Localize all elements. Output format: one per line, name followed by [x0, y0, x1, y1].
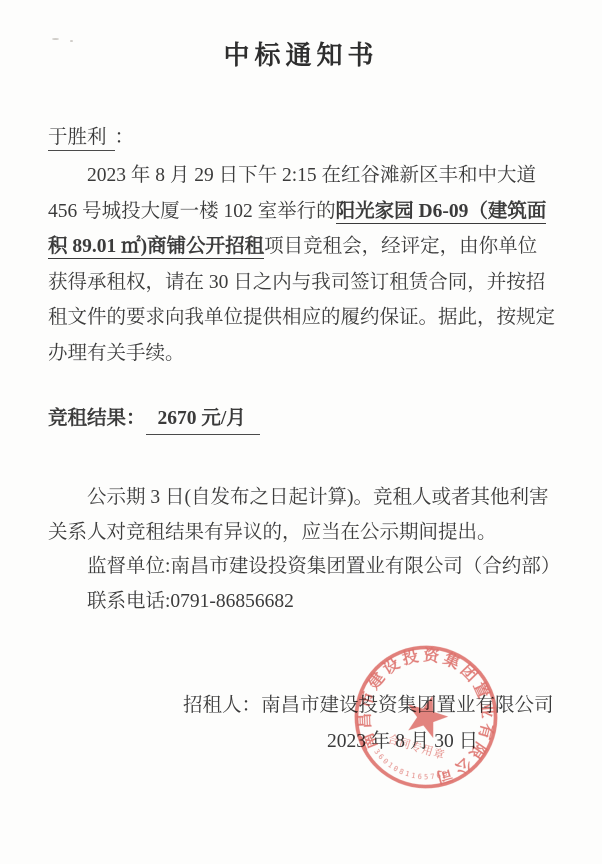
salutation-line: 于胜利：: [48, 124, 558, 151]
text-line: 监督单位:南昌市建设投资集团置业有限公司（合约部）: [48, 550, 566, 585]
text-segment: 公示期 3 日(自发布之日起计算)。竞租人或者其他利害: [87, 487, 549, 508]
bid-result-line: 竞租结果：2670 元/月: [48, 405, 558, 435]
emphasized-underlined-text: 积 89.01 ㎡)商铺公开招租: [48, 236, 264, 259]
text-segment: 办理有关手续。: [48, 343, 185, 364]
text-segment: 租文件的要求向我单位提供相应的履约保证。据此，按规定: [48, 307, 555, 328]
text-line: 租文件的要求向我单位提供相应的履约保证。据此，按规定: [48, 300, 566, 336]
text-segment: 项目竞租会，经评定，由你单位: [264, 236, 537, 257]
emphasized-underlined-text: 阳光家园 D6-09（建筑面: [336, 201, 547, 224]
text-segment: 关系人对竞租结果有异议的，应当在公示期间提出。: [48, 522, 497, 543]
bid-result-value: 2670 元/月: [146, 405, 260, 435]
text-line: 积 89.01 ㎡)商铺公开招租项目竞租会，经评定，由你单位: [48, 229, 566, 265]
notice-paragraph: 公示期 3 日(自发布之日起计算)。竞租人或者其他利害关系人对竞租结果有异议的，…: [48, 481, 566, 619]
addressee-name: 于胜利: [48, 127, 115, 151]
text-line: 456 号城投大厦一楼 102 室举行的阳光家园 D6-09（建筑面: [48, 194, 566, 230]
text-line: 公示期 3 日(自发布之日起计算)。竞租人或者其他利害: [48, 481, 566, 516]
text-line: 2023 年 8 月 29 日下午 2:15 在红谷滩新区丰和中大道: [48, 158, 566, 194]
text-line: 关系人对竞租结果有异议的，应当在公示期间提出。: [48, 516, 566, 551]
text-segment: 2023 年 8 月 29 日下午 2:15 在红谷滩新区丰和中大道: [87, 165, 536, 186]
scanned-document-page: 中标通知书 于胜利： 2023 年 8 月 29 日下午 2:15 在红谷滩新区…: [0, 0, 602, 864]
signature-block: 招租人：南昌市建设投资集团置业有限公司 2023 年 8 月 30 日: [48, 691, 602, 757]
text-line: 办理有关手续。: [48, 336, 566, 372]
bid-result-label: 竞租结果：: [48, 408, 146, 429]
text-segment: 获得承租权，请在 30 日之内与我司签订租赁合同，并按招: [48, 272, 545, 293]
text-segment: 456 号城投大厦一楼 102 室举行的: [48, 201, 336, 222]
scan-speck: [70, 40, 73, 42]
body-paragraph: 2023 年 8 月 29 日下午 2:15 在红谷滩新区丰和中大道456 号城…: [48, 158, 566, 371]
scan-speck: [52, 38, 59, 40]
document-title: 中标通知书: [0, 0, 602, 74]
signature-date: 2023 年 8 月 30 日: [48, 727, 602, 757]
text-line: 联系电话:0791-86856682: [48, 585, 566, 620]
signer-line: 招租人：南昌市建设投资集团置业有限公司: [48, 691, 602, 721]
text-segment: 监督单位:南昌市建设投资集团置业有限公司（合约部）: [87, 556, 560, 577]
text-line: 获得承租权，请在 30 日之内与我司签订租赁合同，并按招: [48, 265, 566, 301]
text-segment: 联系电话:0791-86856682: [87, 591, 294, 612]
salutation-colon: ：: [115, 127, 135, 148]
